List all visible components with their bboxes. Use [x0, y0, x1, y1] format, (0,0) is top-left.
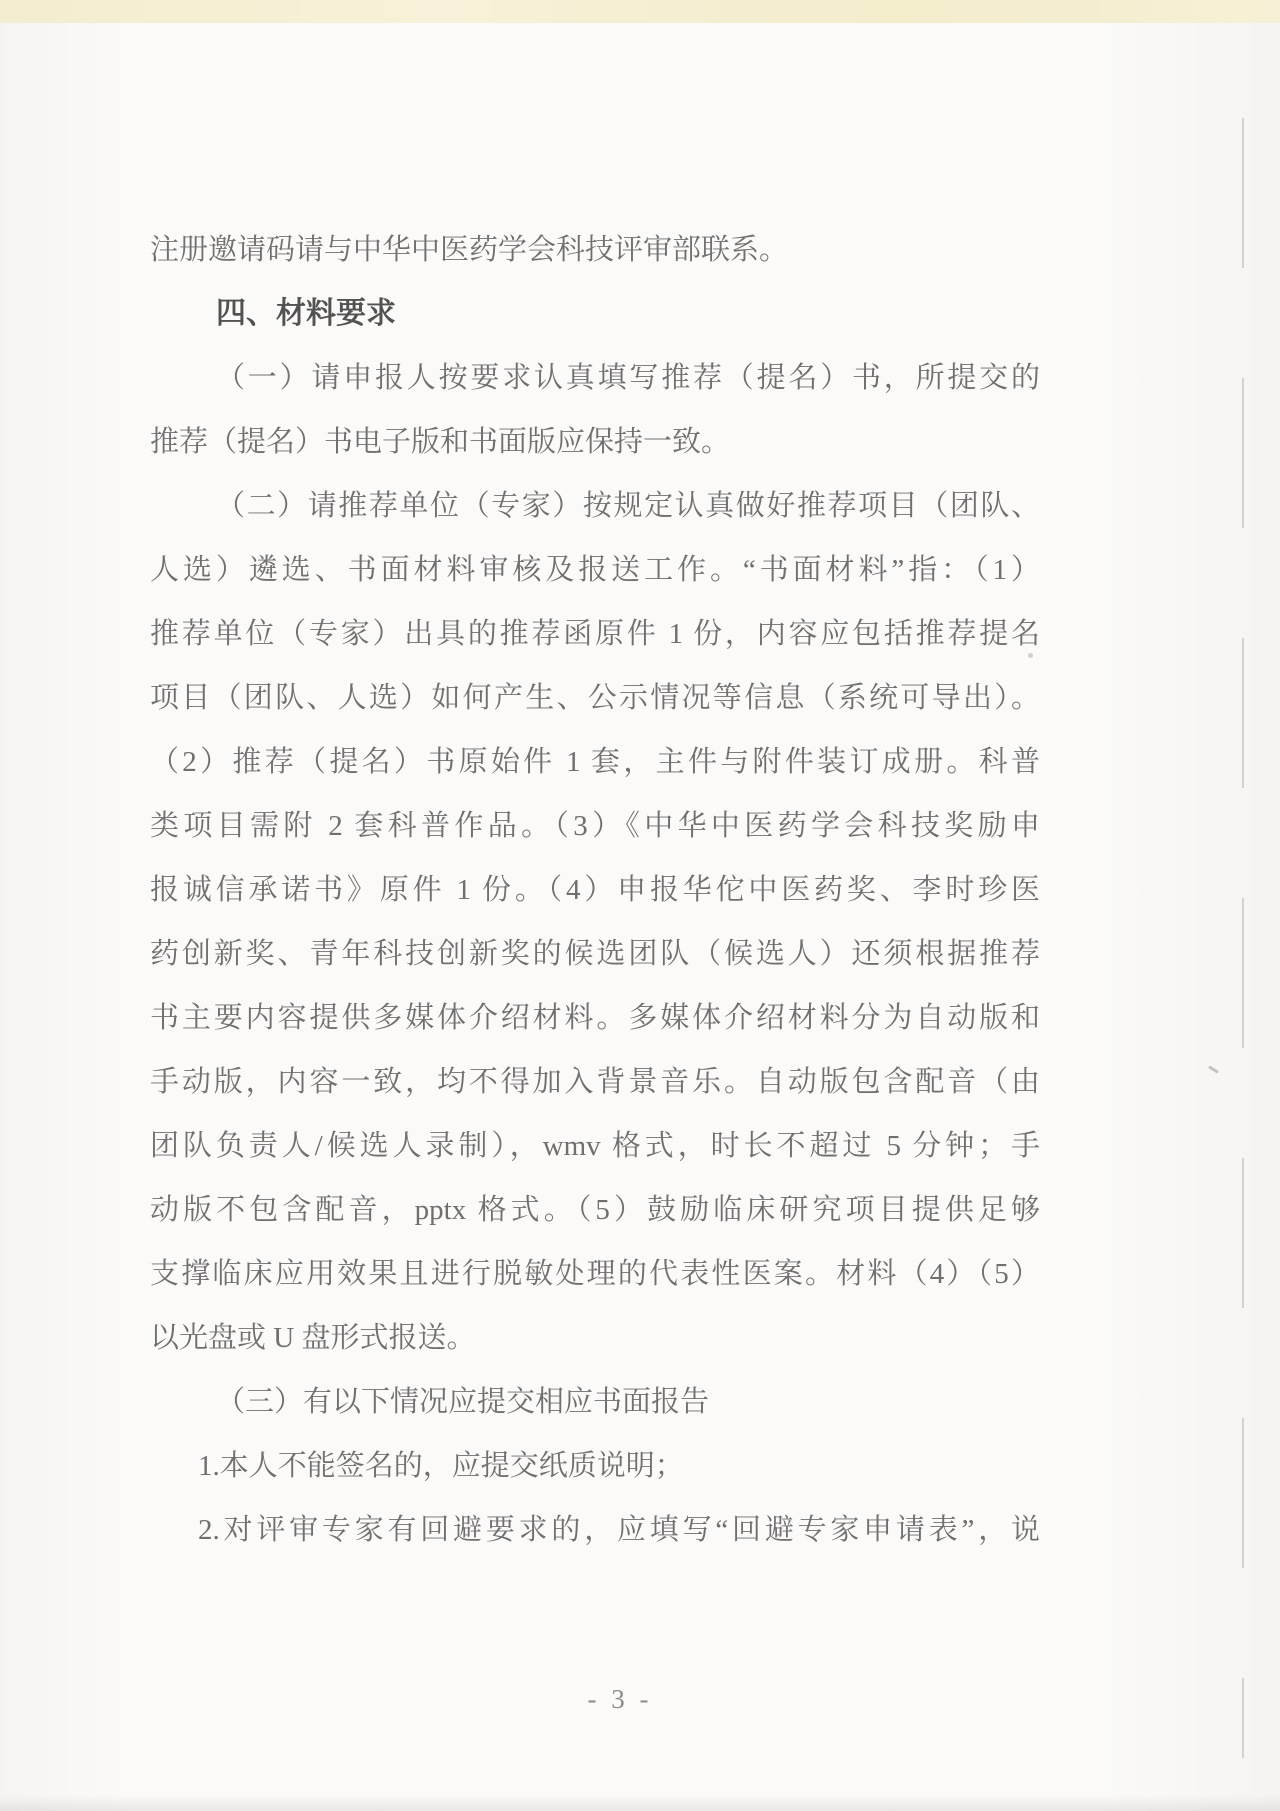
text-line: 手动版，内容一致，均不得加入背景音乐。自动版包含配音（由 — [150, 1050, 1040, 1114]
scan-top-edge-band — [0, 0, 1280, 23]
page-fold-line — [1242, 58, 1244, 1758]
text-line: 类项目需附 2 套科普作品。（3）《中华中医药学会科技奖励申 — [150, 794, 1040, 858]
text-line: （2）推荐（提名）书原始件 1 套，主件与附件装订成册。科普 — [150, 730, 1040, 794]
text-line: 支撑临床应用效果且进行脱敏处理的代表性医案。材料（4）（5） — [150, 1242, 1040, 1306]
text-line: 报诚信承诺书》原件 1 份。（4）申报华佗中医药奖、李时珍医 — [150, 858, 1040, 922]
text-line: 2.对评审专家有回避要求的，应填写“回避专家申请表”，说 — [150, 1498, 1040, 1562]
text-line: 药创新奖、青年科技创新奖的候选团队（候选人）还须根据推荐 — [150, 922, 1040, 986]
scan-speck — [1208, 1065, 1219, 1073]
document-body: 注册邀请码请与中华中医药学会科技评审部联系。四、材料要求（一）请申报人按要求认真… — [150, 218, 1040, 1562]
text-line: 推荐单位（专家）出具的推荐函原件 1 份，内容应包括推荐提名 — [150, 602, 1040, 666]
text-line: （一）请申报人按要求认真填写推荐（提名）书，所提交的 — [150, 346, 1040, 410]
section-heading: 四、材料要求 — [150, 282, 1040, 346]
text-line: 推荐（提名）书电子版和书面版应保持一致。 — [150, 410, 1040, 474]
text-line: 团队负责人/候选人录制），wmv 格式，时长不超过 5 分钟；手 — [150, 1114, 1040, 1178]
scanned-document-page: 注册邀请码请与中华中医药学会科技评审部联系。四、材料要求（一）请申报人按要求认真… — [0, 0, 1280, 1811]
text-line: 以光盘或 U 盘形式报送。 — [150, 1306, 1040, 1370]
text-line: （二）请推荐单位（专家）按规定认真做好推荐项目（团队、 — [150, 474, 1040, 538]
text-line: 书主要内容提供多媒体介绍材料。多媒体介绍材料分为自动版和 — [150, 986, 1040, 1050]
text-line: 动版不包含配音，pptx 格式。（5）鼓励临床研究项目提供足够 — [150, 1178, 1040, 1242]
page-number: - 3 - — [150, 1684, 1040, 1715]
text-line: 人选）遴选、书面材料审核及报送工作。“书面材料”指：（1） — [150, 538, 1040, 602]
text-line: 项目（团队、人选）如何产生、公示情况等信息（系统可导出）。 — [150, 666, 1040, 730]
text-line: （三）有以下情况应提交相应书面报告 — [150, 1370, 1040, 1434]
text-line: 注册邀请码请与中华中医药学会科技评审部联系。 — [150, 218, 1040, 282]
scan-bottom-shadow — [0, 1795, 1280, 1811]
text-line: 1.本人不能签名的，应提交纸质说明； — [150, 1434, 1040, 1498]
